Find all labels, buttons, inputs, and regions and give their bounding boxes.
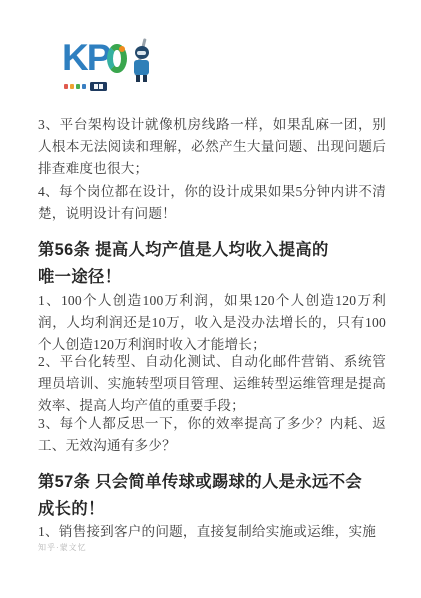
rule-56-heading-line-1: 第56条 提高人均产值是人均收入提高的 bbox=[38, 237, 390, 264]
ninja-body bbox=[134, 60, 149, 75]
intro-item-3: 3、平台架构设计就像机房线路一样，如果乱麻一团，别人根本无法阅读和理解，必然产生… bbox=[38, 114, 386, 181]
ninja-mascot-icon bbox=[133, 42, 144, 88]
rule-57-heading-line-1: 第57条 只会简单传球或踢球的人是永远不会 bbox=[38, 469, 390, 496]
ninja-leg bbox=[143, 75, 147, 82]
rule-56-item-1: 1、100个人创造100万利润，如果120个人创造120万利润，人均利润还是10… bbox=[38, 290, 386, 357]
logo-letter-k: KP bbox=[62, 40, 109, 76]
rule-56-item-3: 3、每个人都反思一下，你的效率提高了多少？内耗、返工、无效沟通有多少？ bbox=[38, 413, 386, 458]
rule-56-item-2: 2、平台化转型、自动化测试、自动化邮件营销、系统管理员培训、实施转型项目管理、运… bbox=[38, 351, 386, 418]
rule-57-heading: 第57条 只会简单传球或踢球的人是永远不会 成长的！ bbox=[38, 469, 390, 523]
logo-tagline-mark bbox=[70, 84, 74, 89]
logo-accent-dot bbox=[119, 46, 125, 52]
intro-item-4: 4、每个岗位都在设计，你的设计成果如果5分钟内讲不清楚，说明设计有问题！ bbox=[38, 181, 386, 226]
rule-57-heading-line-2: 成长的！ bbox=[38, 496, 390, 523]
logo-letter-p-ring bbox=[107, 44, 126, 73]
kp-logo-letters: KP bbox=[62, 40, 144, 80]
watermark-text: 知乎·蒙文忆 bbox=[38, 543, 87, 553]
logo-tagline-mark bbox=[64, 84, 68, 89]
rule-56-heading-line-2: 唯一途径！ bbox=[38, 264, 390, 291]
logo-tagline-mark bbox=[76, 84, 80, 89]
ninja-head bbox=[135, 46, 149, 59]
ninja-leg bbox=[136, 75, 140, 82]
rule-56-heading: 第56条 提高人均产值是人均收入提高的 唯一途径！ bbox=[38, 237, 390, 291]
logo-badge-glyph bbox=[99, 84, 103, 89]
logo-tagline-mark bbox=[82, 84, 86, 89]
kp-logo: KP bbox=[62, 40, 144, 96]
ninja-face bbox=[137, 51, 146, 56]
document-page: KP 3、平台架构设计就像机 bbox=[0, 0, 421, 598]
logo-badge-glyph bbox=[94, 84, 98, 89]
logo-badge bbox=[90, 82, 107, 91]
rule-57-item-1: 1、销售接到客户的问题，直接复制给实施或运维，实施 bbox=[38, 521, 386, 543]
